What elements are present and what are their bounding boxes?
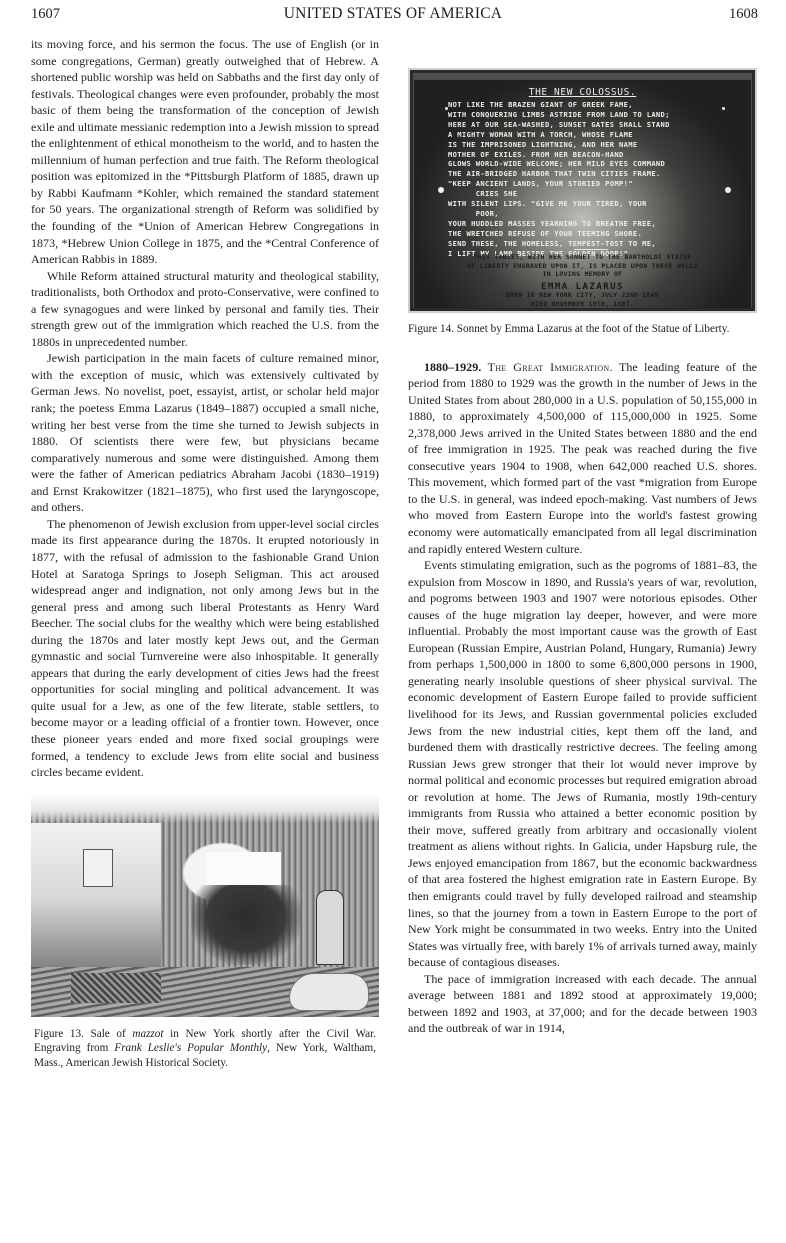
- plaque-dedication: THIS TABLET, WITH HER SONNET TO THE BART…: [410, 253, 755, 279]
- caption-italic: Frank Leslie's Popular Monthly: [114, 1042, 267, 1054]
- figure-14: THE NEW COLOSSUS. NOT LIKE THE BRAZEN GI…: [408, 68, 757, 337]
- plaque-divider: [574, 249, 608, 250]
- paragraph-text: The leading feature of the period from 1…: [408, 360, 757, 556]
- figure-14-caption: Figure 14. Sonnet by Emma Lazarus at the…: [408, 322, 757, 337]
- engraving-wall: [31, 823, 161, 973]
- left-column: its moving force, and his sermon the foc…: [31, 36, 379, 1070]
- section-opening-paragraph: 1880–1929. The Great Immigration. The le…: [408, 359, 757, 558]
- engraving-image: [31, 795, 379, 1017]
- engraving-sign: [83, 849, 113, 887]
- new-colossus-plaque: THE NEW COLOSSUS. NOT LIKE THE BRAZEN GI…: [408, 68, 757, 313]
- running-title: UNITED STATES OF AMERICA: [0, 5, 786, 23]
- paragraph: While Reform attained structural maturit…: [31, 268, 379, 351]
- engraving-basket: [71, 973, 161, 1003]
- figure-13-caption: Figure 13. Sale of mazzot in New York sh…: [31, 1027, 379, 1071]
- caption-italic: mazzot: [132, 1028, 163, 1040]
- paragraph: Jewish participation in the main facets …: [31, 350, 379, 515]
- paragraph: The phenomenon of Jewish exclusion from …: [31, 516, 379, 781]
- figure-13: Figure 13. Sale of mazzot in New York sh…: [31, 795, 379, 1071]
- plaque-poem: NOT LIKE THE BRAZEN GIANT OF GREEK FAME,…: [448, 100, 738, 259]
- page-number-right: 1608: [729, 6, 758, 23]
- engraving-clerk: [316, 890, 344, 965]
- section-heading: The Great Immigration.: [488, 360, 613, 374]
- bolt-icon: [438, 187, 444, 193]
- paragraph: Events stimulating emigration, such as t…: [408, 557, 757, 971]
- section-year: 1880–1929.: [424, 360, 481, 374]
- engraving-sack: [289, 973, 369, 1011]
- caption-text: Figure 13. Sale of: [34, 1028, 132, 1040]
- engraving-sky: [31, 795, 379, 823]
- engraving-crowd: [191, 885, 301, 965]
- plaque-dates: BORN IN NEW YORK CITY, JULY 22ND 1849 DI…: [410, 292, 755, 309]
- right-column: THE NEW COLOSSUS. NOT LIKE THE BRAZEN GI…: [408, 68, 757, 1037]
- page-header: 1607 UNITED STATES OF AMERICA 1608: [0, 0, 786, 30]
- paragraph: The pace of immigration increased with e…: [408, 971, 757, 1037]
- paragraph: its moving force, and his sermon the foc…: [31, 36, 379, 268]
